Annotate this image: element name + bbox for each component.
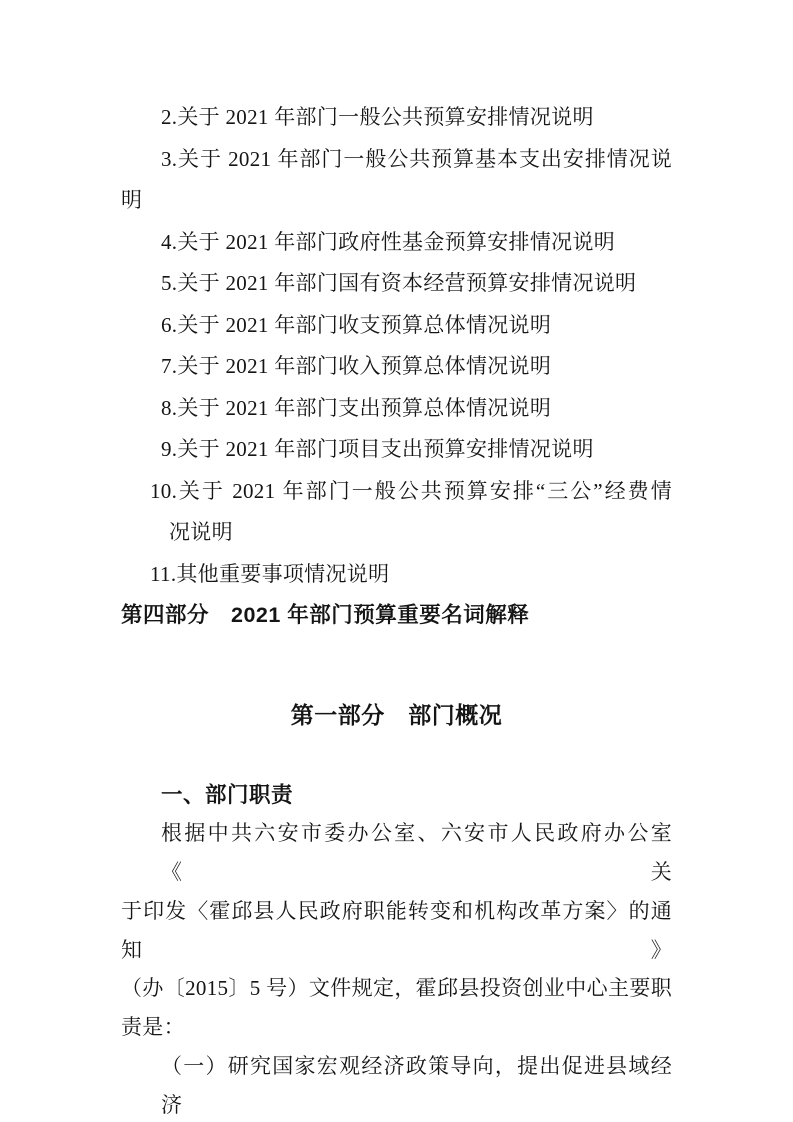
section-body: 一、部门职责 根据中共六安市委办公室、六安市人民政府办公室《关 于印发〈霍邱县人… — [121, 776, 672, 1122]
paragraph-line: （办〔2015〕5 号）文件规定，霍邱县投资创业中心主要职 — [121, 969, 672, 1008]
toc-line-item-10: 10.关于 2021 年部门一般公共预算安排“三公”经费情 — [121, 471, 672, 513]
toc-line-item-4: 4.关于 2021 年部门政府性基金预算安排情况说明 — [121, 222, 672, 264]
toc-line-item-3: 3.关于 2021 年部门一般公共预算基本支出安排情况说 — [121, 139, 672, 181]
page-content: 2.关于 2021 年部门一般公共预算安排情况说明 3.关于 2021 年部门一… — [0, 0, 793, 1122]
toc-line-item-8: 8.关于 2021 年部门支出预算总体情况说明 — [121, 388, 672, 430]
toc-line-item-7: 7.关于 2021 年部门收入预算总体情况说明 — [121, 346, 672, 388]
subsection-heading: 一、部门职责 — [121, 776, 672, 815]
toc-line-item-10-cont: 况说明 — [121, 512, 672, 554]
toc-line-item-11: 11.其他重要事项情况说明 — [121, 554, 672, 596]
paragraph-line: （一）研究国家宏观经济政策导向，提出促进县域经济 — [121, 1047, 672, 1122]
toc-line-item-9: 9.关于 2021 年部门项目支出预算安排情况说明 — [121, 429, 672, 471]
toc-line-item-2: 2.关于 2021 年部门一般公共预算安排情况说明 — [121, 97, 672, 139]
paragraph-line: 于印发〈霍邱县人民政府职能转变和机构改革方案〉的通知》 — [121, 892, 672, 970]
toc-line-item-6: 6.关于 2021 年部门收支预算总体情况说明 — [121, 305, 672, 347]
document-page: 2.关于 2021 年部门一般公共预算安排情况说明 3.关于 2021 年部门一… — [0, 0, 793, 1122]
section-title: 第一部分 部门概况 — [121, 694, 672, 736]
paragraph-line: 责是： — [121, 1008, 672, 1047]
toc-line-item-5: 5.关于 2021 年部门国有资本经营预算安排情况说明 — [121, 263, 672, 305]
table-of-contents: 2.关于 2021 年部门一般公共预算安排情况说明 3.关于 2021 年部门一… — [121, 97, 672, 637]
toc-line-item-3-cont: 明 — [121, 180, 672, 222]
toc-part4-heading: 第四部分 2021 年部门预算重要名词解释 — [121, 595, 672, 637]
paragraph-line: 根据中共六安市委办公室、六安市人民政府办公室《关 — [121, 814, 672, 892]
